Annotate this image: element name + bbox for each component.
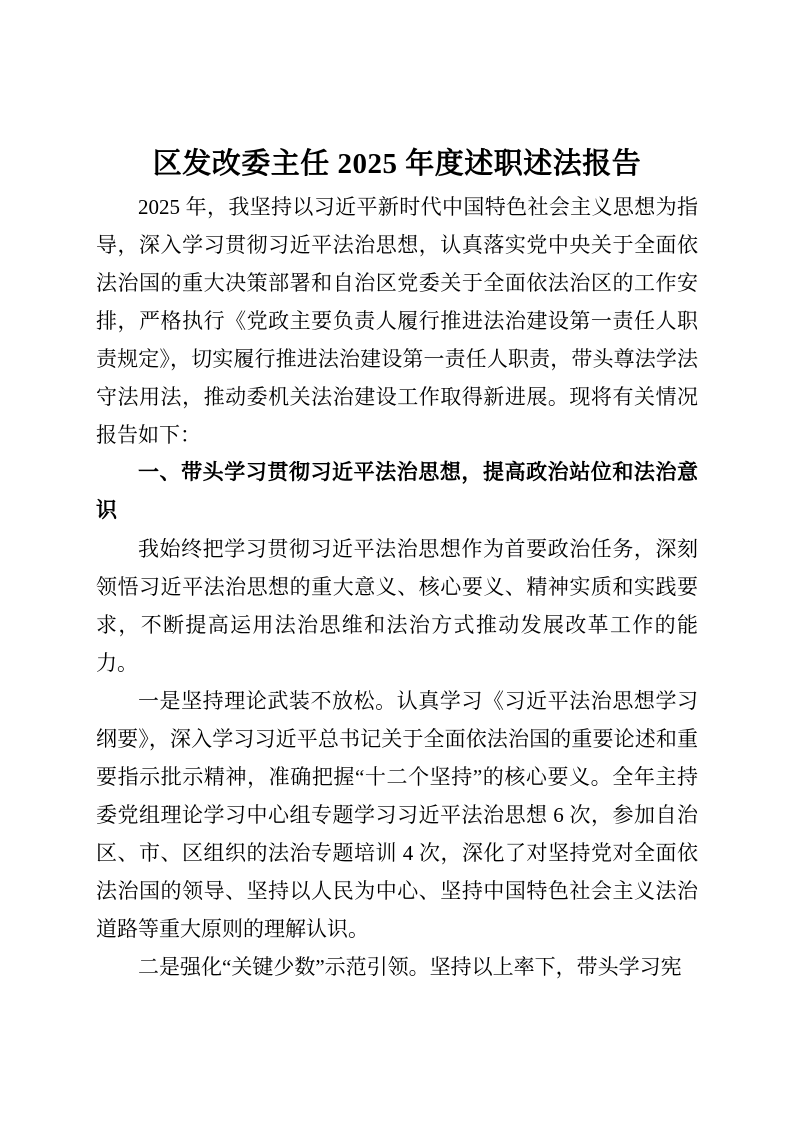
paragraph-intro: 2025 年，我坚持以习近平新时代中国特色社会主义思想为指导，深入学习贯彻习近平… (96, 188, 698, 454)
paragraph-point-1: 一是坚持理论武装不放松。认真学习《习近平法治思想学习纲要》，深入学习习近平总书记… (96, 682, 698, 948)
paragraph-point-2: 二是强化“关键少数”示范引领。坚持以上率下，带头学习宪 (96, 948, 698, 986)
paragraph-overview: 我始终把学习贯彻习近平法治思想作为首要政治任务，深刻领悟习近平法治思想的重大意义… (96, 530, 698, 682)
section-heading-1: 一、带头学习贯彻习近平法治思想，提高政治站位和法治意识 (96, 454, 698, 530)
report-title: 区发改委主任 2025 年度述职述法报告 (96, 140, 698, 188)
document-page: 区发改委主任 2025 年度述职述法报告 2025 年，我坚持以习近平新时代中国… (0, 0, 793, 1122)
